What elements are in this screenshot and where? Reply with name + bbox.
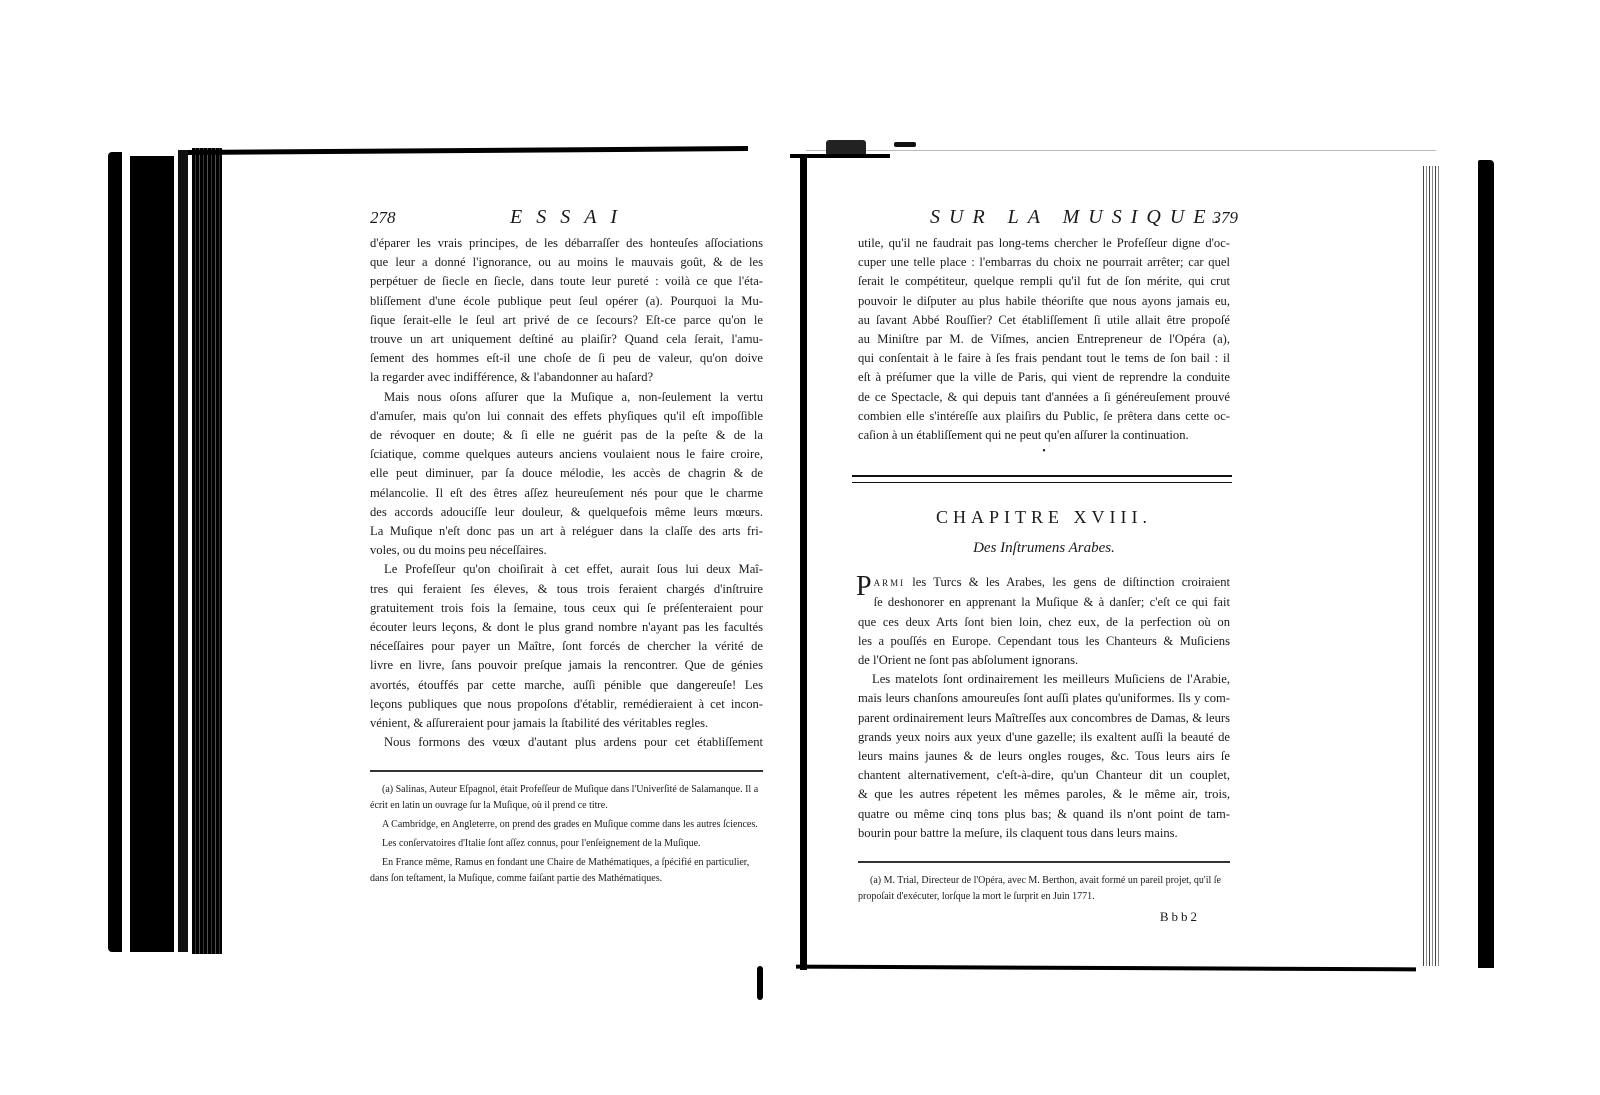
text-line: ſerait le compétiteur, quelque rempli qu…: [858, 272, 1230, 291]
text-line: caſion à un établiſſement qui ne peut qu…: [858, 426, 1230, 445]
text-line: elle peut diminuer, par ſa douce mélodie…: [370, 464, 763, 483]
ink-blot-top-small: [894, 142, 916, 147]
text-line: d'éparer les vrais principes, de les déb…: [370, 234, 763, 253]
text-line: Mais nous oſons aſſurer que la Muſique a…: [370, 388, 763, 407]
text-line: de ce Spectacle, & qui depuis tant d'ann…: [858, 388, 1230, 407]
gutter-foot-mark: [757, 966, 763, 1000]
text-line: gratuitement trois fois la ſemaine, tous…: [370, 599, 763, 618]
text-line: bliſſement d'une école publique peut ſeu…: [370, 292, 763, 311]
text-line: au ſavant Abbé Rouſſier? Cet établiſſeme…: [858, 311, 1230, 330]
text-line: Nous formons des vœux d'autant plus arde…: [370, 733, 763, 752]
text-line: & que les autres répetent les mêmes paro…: [858, 785, 1230, 804]
page-fore-edge-left: [192, 148, 222, 954]
text-line: bourin pour battre la meſure, ils claque…: [858, 824, 1230, 843]
chapter-rule: [852, 475, 1232, 483]
paragraph: Le Profeſſeur qu'on choiſirait à cet eff…: [370, 560, 763, 733]
chapter-title: CHAPITRE XVIII.: [858, 507, 1230, 528]
running-title-left: ESSAI: [510, 206, 631, 229]
book-cover-board-left: [130, 156, 174, 952]
text-line: cuper une telle place : l'embarras du ch…: [858, 253, 1230, 272]
footnotes-right: (a) M. Trial, Directeur de l'Opéra, avec…: [858, 873, 1230, 905]
paragraph: utile, qu'il ne faudrait pas long-tems c…: [858, 234, 1230, 445]
page-top-edge-right: [806, 150, 1436, 151]
text-line: ſement des hommes eſt-il une choſe de ſi…: [370, 349, 763, 368]
text-line: de révoquer en doute; & ſi elle ne guéri…: [370, 426, 763, 445]
text-line: trouve un art uniquement deſtiné au plai…: [370, 330, 763, 349]
text-line: eſt à préſumer que la ville de Paris, qu…: [858, 368, 1230, 387]
gutter-line: [800, 158, 807, 970]
footnote: (a) M. Trial, Directeur de l'Opéra, avec…: [858, 873, 1230, 905]
body-text-left: d'éparer les vrais principes, de les déb…: [370, 234, 763, 752]
text-line: chantent alternativement, c'eſt-à-dire, …: [858, 766, 1230, 785]
text-line: livre en livre, ſans pouvoir preſque jam…: [370, 656, 763, 675]
text-line: ſciatique, comme quelques auteurs ancien…: [370, 445, 763, 464]
text-line: néceſſaires pour payer un Maître, ſont f…: [370, 637, 763, 656]
text-line: perpétuer de ſiecle en ſiecle, dans tout…: [370, 272, 763, 291]
footnote: En France même, Ramus en fondant une Cha…: [370, 855, 763, 887]
left-page: 278 ESSAI d'éparer les vrais principes, …: [370, 208, 763, 890]
text-line: leçons publiques que nous propoſons d'ét…: [370, 695, 763, 714]
paragraph: Mais nous oſons aſſurer que la Muſique a…: [370, 388, 763, 561]
ornament-dot: •: [858, 447, 1230, 457]
body-text-right: utile, qu'il ne faudrait pas long-tems c…: [858, 234, 1230, 445]
text-line: parent ordinairement leurs Maîtreſſes au…: [858, 709, 1230, 728]
paragraph: Nous formons des vœux d'autant plus arde…: [370, 733, 763, 752]
running-head-left: 278 ESSAI: [370, 208, 763, 234]
text-line: écouter leurs leçons, & dont le plus gra…: [370, 618, 763, 637]
page-fore-edge-right: [1421, 166, 1439, 966]
page-top-edge-left: [188, 146, 748, 155]
paragraph: Les matelots ſont ordinairement les meil…: [858, 670, 1230, 843]
text-line: grands yeux noirs aux yeux d'une gazelle…: [858, 728, 1230, 747]
text-line: pouvoir le diſputer au plus habile théor…: [858, 292, 1230, 311]
page-block-edge-left: [178, 150, 188, 952]
small-caps-word: ARMI: [874, 578, 906, 588]
footnote: Les conſervatoires d'Italie ſont aſſez c…: [370, 836, 763, 852]
paragraph: PARMI les Turcs & les Arabes, les gens d…: [858, 573, 1230, 670]
running-head-right: SUR LA MUSIQUE. 379: [858, 208, 1230, 234]
running-title-right: SUR LA MUSIQUE.: [930, 206, 1229, 229]
chapter-subtitle: Des Inſtrumens Arabes.: [858, 540, 1230, 557]
text-line: leurs mains jaunes & de leurs ongles rou…: [858, 747, 1230, 766]
book-cover-board-right: [1478, 160, 1494, 968]
footnote-rule-left: [370, 770, 763, 772]
signature-mark: Bbb2: [858, 909, 1230, 925]
text-line: ſe deshonorer en apprenant la Muſique & …: [858, 593, 1230, 612]
text-line: combien elle s'intéreſſe aux plaiſirs du…: [858, 407, 1230, 426]
text-line: ſique ſerait-elle le ſeul art privé de c…: [370, 311, 763, 330]
text-line: Le Profeſſeur qu'on choiſirait à cet eff…: [370, 560, 763, 579]
page-number-left: 278: [370, 208, 396, 228]
text-line: d'amuſer, mais qu'on lui connait des eff…: [370, 407, 763, 426]
text-line: utile, qu'il ne faudrait pas long-tems c…: [858, 234, 1230, 253]
page-bottom-edge-right: [796, 965, 1416, 972]
text-line: mais leurs chanſons amoureuſes ſont auſſ…: [858, 689, 1230, 708]
ink-blot-top: [826, 140, 866, 154]
chapter-body: PARMI les Turcs & les Arabes, les gens d…: [858, 573, 1230, 843]
text-line: de l'Orient ne ſont pas abſolument ignor…: [858, 651, 1230, 670]
footnote-rule-right: [858, 861, 1230, 863]
book-cover-edge-left: [108, 152, 122, 952]
text-line: mélancolie. Il eſt des êtres aſſez heure…: [370, 484, 763, 503]
text-line: qui conſentait à le faire à ſes frais pe…: [858, 349, 1230, 368]
paragraph: d'éparer les vrais principes, de les déb…: [370, 234, 763, 388]
footnotes-left: (a) Salinas, Auteur Eſpagnol, était Prof…: [370, 782, 763, 887]
text-line: les a pouſſés en Europe. Cependant tous …: [858, 632, 1230, 651]
drop-cap: P: [856, 577, 872, 597]
text-line: tres qui feraient ſes éleves, & tous tro…: [370, 580, 763, 599]
right-page: SUR LA MUSIQUE. 379 utile, qu'il ne faud…: [858, 208, 1230, 925]
text-line: que ces deux Arts ſont bien loin, chez e…: [858, 613, 1230, 632]
text-line: les Turcs & les Arabes, les gens de diſt…: [905, 575, 1230, 589]
text-line: quatre ou même cinq tons plus bas; & qua…: [858, 805, 1230, 824]
text-line: au Miniſtre par M. de Viſmes, ancien Ent…: [858, 330, 1230, 349]
text-line: Les matelots ſont ordinairement les meil…: [858, 670, 1230, 689]
footnote: (a) Salinas, Auteur Eſpagnol, était Prof…: [370, 782, 763, 814]
text-line: vénient, & aſſureraient pour jamais la ſ…: [370, 714, 763, 733]
footnote: A Cambridge, en Angleterre, on prend des…: [370, 817, 763, 833]
page-number-right: 379: [1213, 208, 1239, 228]
text-line: voles, ou du moins peu néceſſaires.: [370, 541, 763, 560]
text-line: avortés, étouffés par cette marche, auſſ…: [370, 676, 763, 695]
text-line: La Muſique n'eſt donc pas un art à relég…: [370, 522, 763, 541]
text-line: que leur a donné l'ignorance, ou au moin…: [370, 253, 763, 272]
text-line: des accords adouciſſe leur douleur, & qu…: [370, 503, 763, 522]
text-line: la regarder avec indifférence, & l'aband…: [370, 368, 763, 387]
